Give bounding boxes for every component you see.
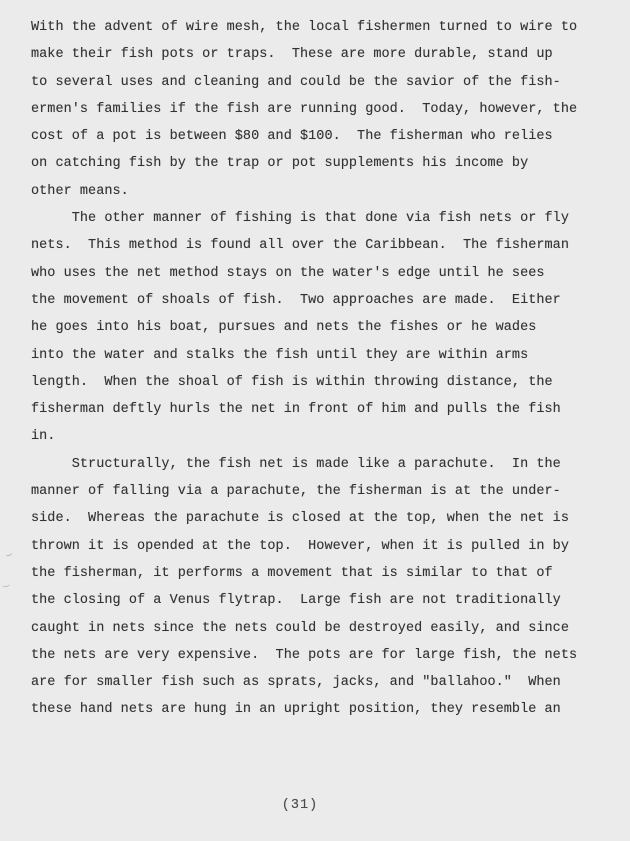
text-line: the nets are very expensive. The pots ar… xyxy=(31,642,612,669)
text-line: to several uses and cleaning and could b… xyxy=(31,69,612,96)
text-line: side. Whereas the parachute is closed at… xyxy=(31,505,612,532)
text-line: on catching fish by the trap or pot supp… xyxy=(31,150,612,177)
text-line: length. When the shoal of fish is within… xyxy=(31,369,612,396)
text-line: the fisherman, it performs a movement th… xyxy=(31,560,612,587)
scan-artifact xyxy=(2,581,11,587)
text-line: in. xyxy=(31,423,612,450)
text-line: who uses the net method stays on the wat… xyxy=(31,260,612,287)
text-line: are for smaller fish such as sprats, jac… xyxy=(31,669,612,696)
text-line: the closing of a Venus flytrap. Large fi… xyxy=(31,587,612,614)
text-line: With the advent of wire mesh, the local … xyxy=(31,14,612,41)
body-text: With the advent of wire mesh, the local … xyxy=(31,14,612,724)
text-line: thrown it is opended at the top. However… xyxy=(31,533,612,560)
scan-artifact xyxy=(4,550,12,557)
text-line: the movement of shoals of fish. Two appr… xyxy=(31,287,612,314)
document-page: With the advent of wire mesh, the local … xyxy=(0,0,630,841)
text-line: fisherman deftly hurls the net in front … xyxy=(31,396,612,423)
page-number: (31) xyxy=(0,792,600,819)
text-line: cost of a pot is between $80 and $100. T… xyxy=(31,123,612,150)
text-line: nets. This method is found all over the … xyxy=(31,232,612,259)
text-line: he goes into his boat, pursues and nets … xyxy=(31,314,612,341)
text-line: other means. xyxy=(31,178,612,205)
text-line: Structurally, the fish net is made like … xyxy=(31,451,612,478)
text-line: into the water and stalks the fish until… xyxy=(31,342,612,369)
text-line: caught in nets since the nets could be d… xyxy=(31,615,612,642)
text-line: make their fish pots or traps. These are… xyxy=(31,41,612,68)
text-line: these hand nets are hung in an upright p… xyxy=(31,696,612,723)
text-line: manner of falling via a parachute, the f… xyxy=(31,478,612,505)
text-line: The other manner of fishing is that done… xyxy=(31,205,612,232)
text-line: ermen's families if the fish are running… xyxy=(31,96,612,123)
